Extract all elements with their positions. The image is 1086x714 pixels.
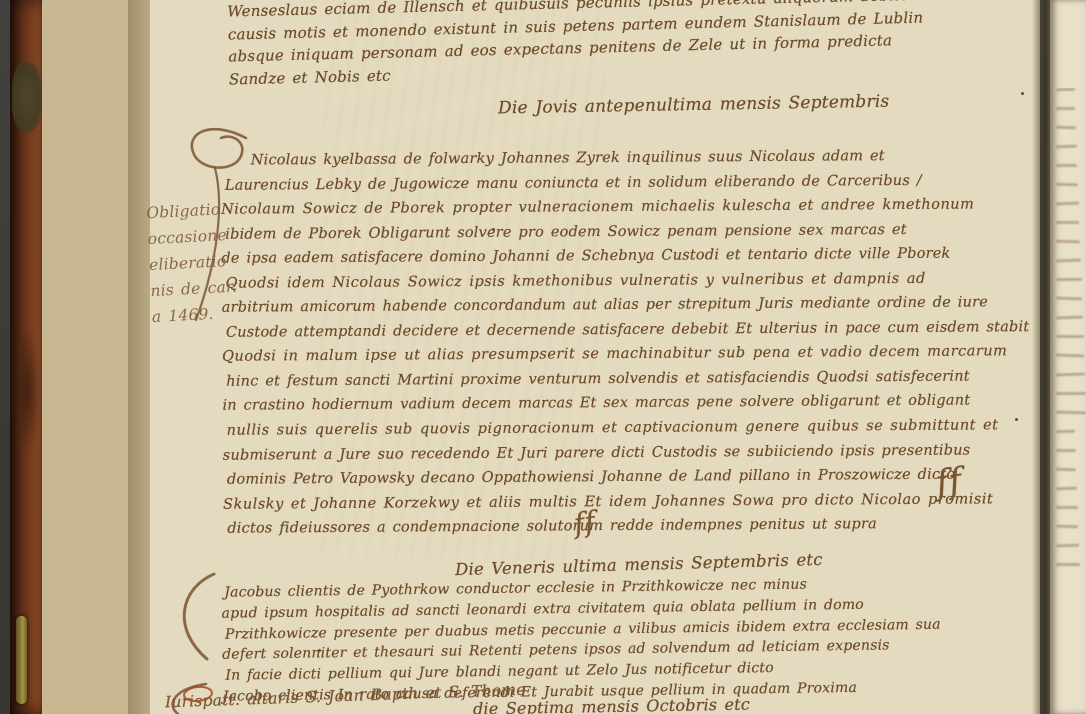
- ink-speck: [1015, 418, 1018, 421]
- ink-speck: [1021, 92, 1024, 95]
- facing-page-script-line: [1056, 88, 1075, 91]
- facing-page-script-line: [1056, 316, 1083, 320]
- facing-page-script-line: [1056, 164, 1077, 167]
- facing-page-script-line: [1056, 392, 1086, 395]
- entry1-body: Nicolaus kyelbassa de folwarky Johannes …: [221, 143, 1004, 541]
- facing-page-script-line: [1056, 145, 1077, 149]
- facing-page-script-line: [1056, 278, 1082, 281]
- brass-clasp: [16, 616, 27, 704]
- facing-page-script-line: [1056, 544, 1079, 548]
- facing-page-script-line: [1056, 468, 1076, 472]
- facing-page-script-line: [1056, 430, 1075, 434]
- facing-page-script-line: [1056, 107, 1075, 110]
- facing-page-script-line: [1056, 240, 1080, 244]
- facing-page-script-line: [1056, 487, 1077, 491]
- facing-page-script: [1052, 88, 1086, 688]
- facing-page-script-line: [1056, 449, 1076, 452]
- facing-page-script-line: [1056, 126, 1076, 130]
- spine-dark-patch: [14, 330, 40, 450]
- facing-page-script-line: [1056, 259, 1081, 263]
- facing-page-script-line: [1056, 525, 1079, 529]
- facing-page-script-line: [1056, 563, 1080, 566]
- facing-page-script-line: [1056, 506, 1078, 509]
- facing-page-script-line: [1056, 183, 1078, 187]
- paragraph-mark: ff: [933, 460, 964, 503]
- facing-page-script-line: [1056, 410, 1086, 414]
- facing-page-script-line: [1056, 372, 1085, 376]
- facing-page-script-line: [1056, 297, 1082, 301]
- facing-page-script-line: [1056, 335, 1084, 338]
- paragraph-mark: ff: [572, 505, 598, 541]
- facing-page-script-line: [1056, 202, 1079, 206]
- margin-note-obligatio: Obligatio occasione eliberatio nis de ca…: [146, 194, 273, 330]
- facing-page-script-line: [1056, 221, 1079, 224]
- manuscript-scan: Wenseslaus eciam de Illensch et quibusui…: [0, 0, 1086, 714]
- facing-page-script-line: [1056, 354, 1084, 358]
- spine-wear-patch: [12, 62, 42, 132]
